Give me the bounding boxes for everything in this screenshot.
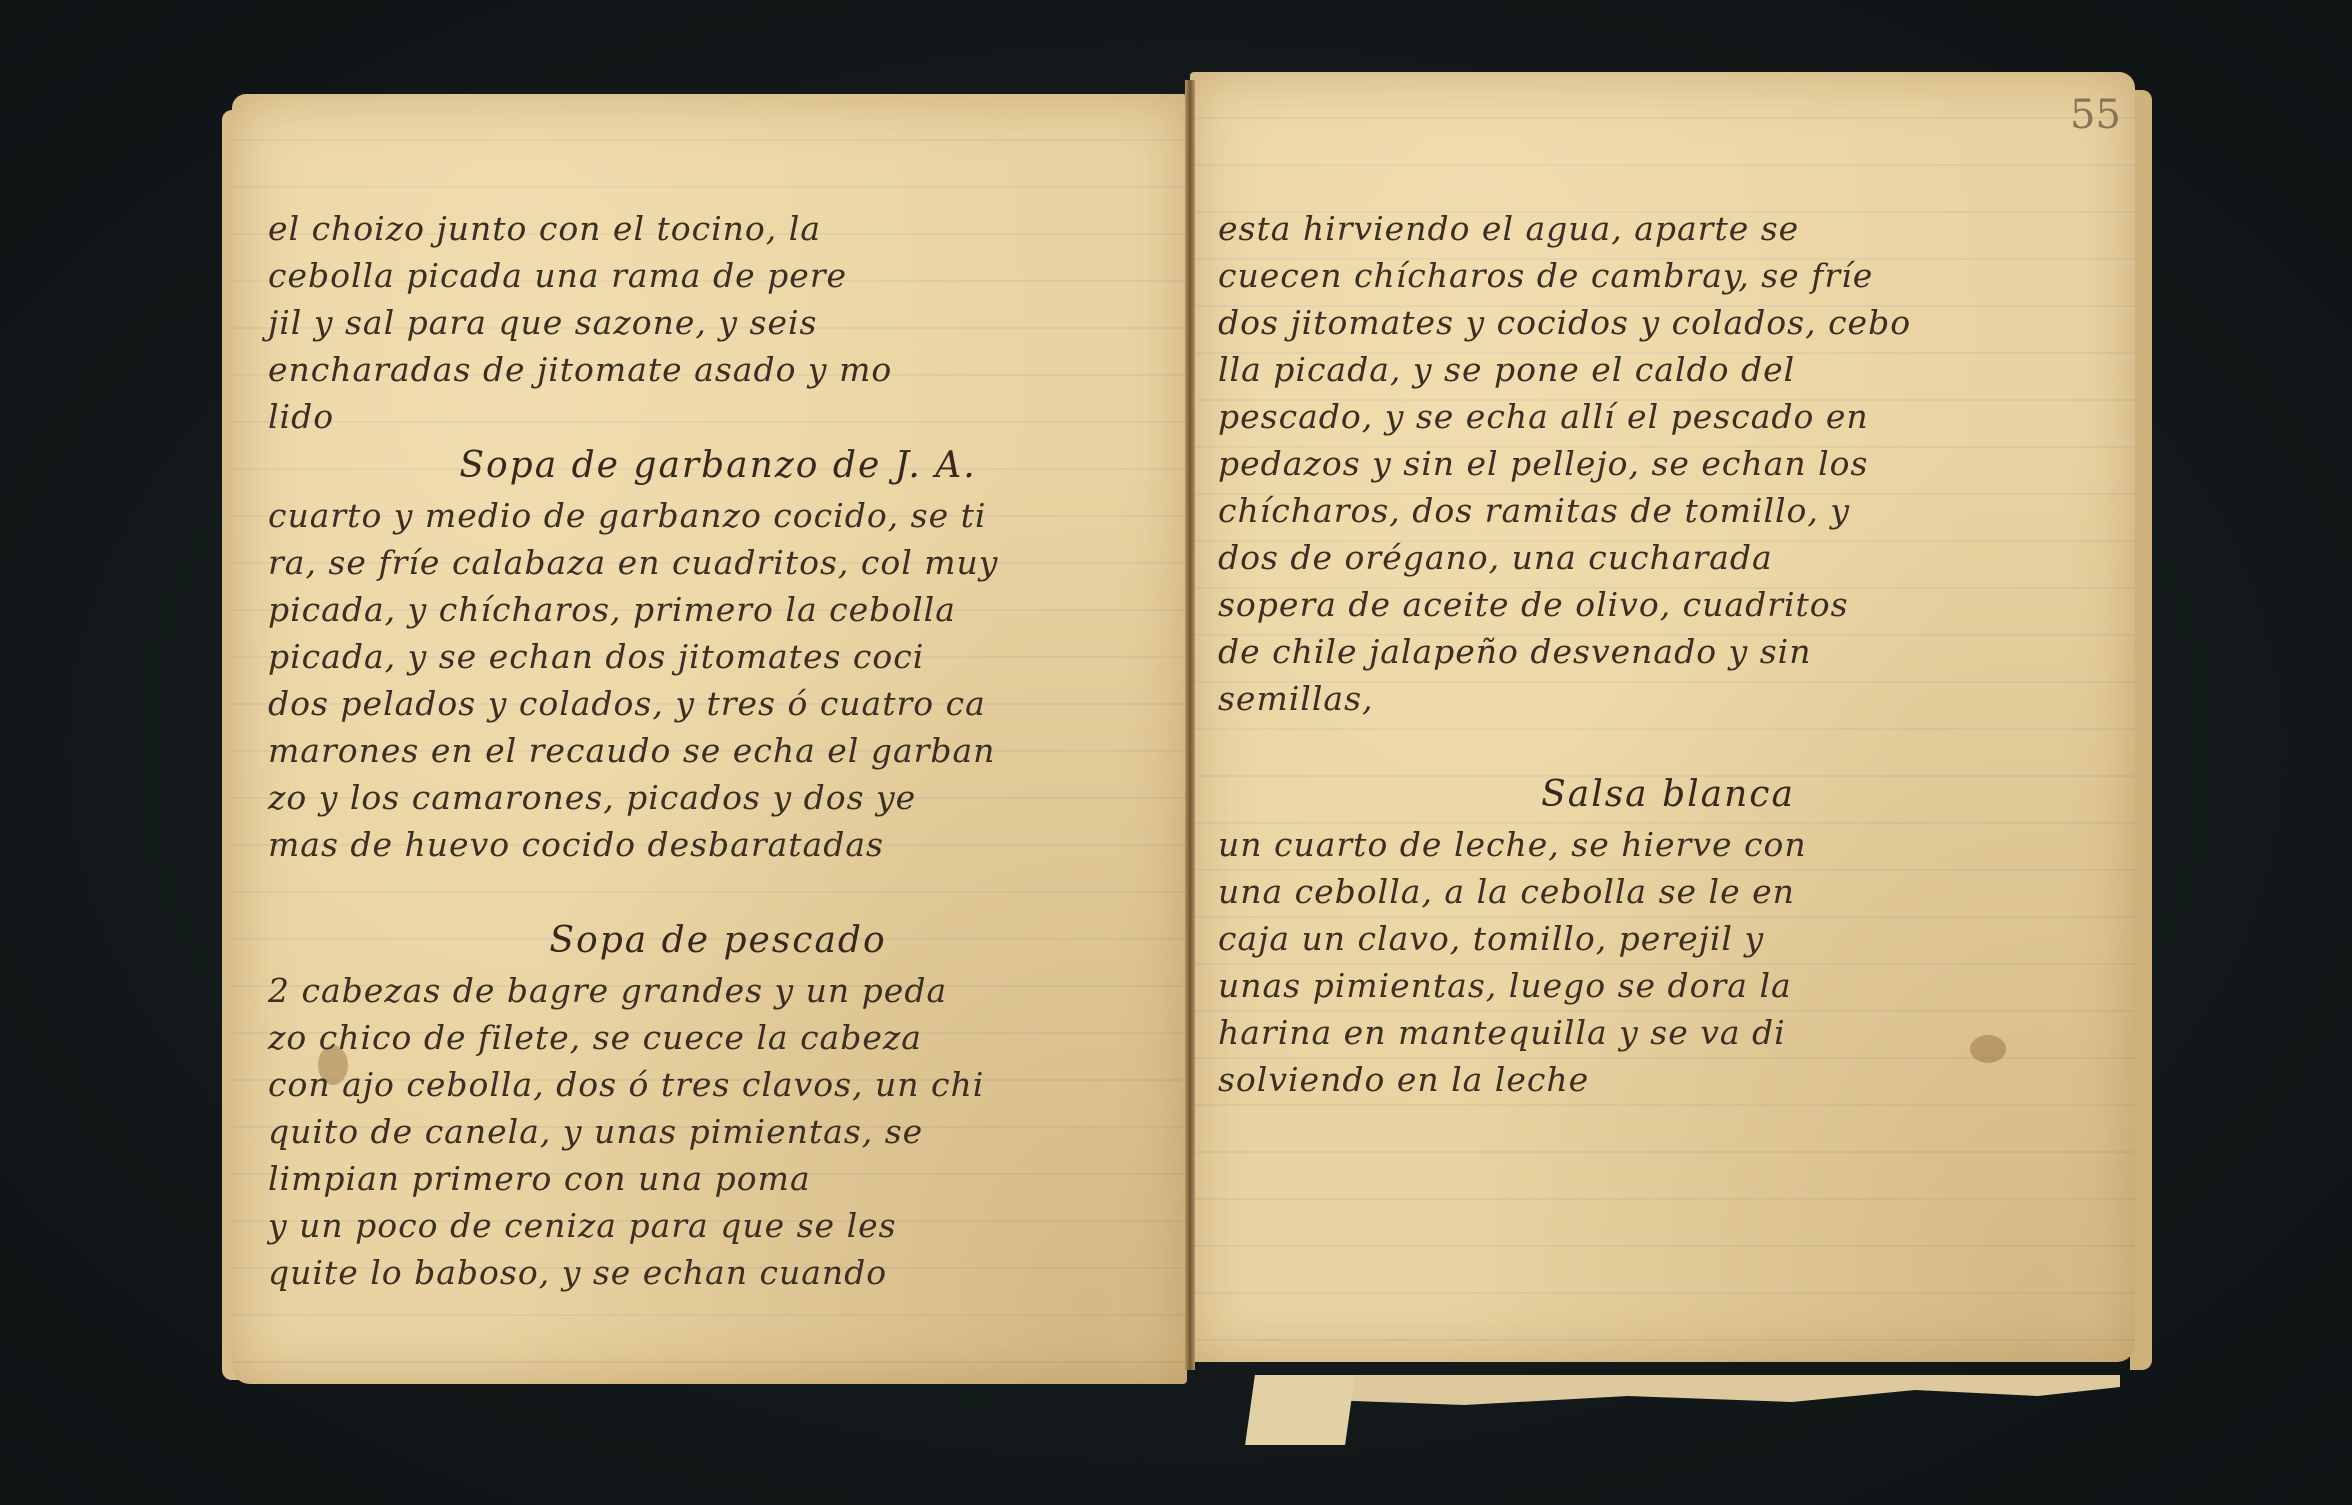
torn-page-bottom: [1300, 1375, 2120, 1405]
text-line: esta hirviendo el agua, aparte se: [1218, 205, 2118, 252]
text-line: unas pimientas, luego se dora la: [1218, 962, 2118, 1009]
text-line: el choizo junto con el tocino, la: [268, 205, 1168, 252]
open-notebook: 55 el choizo junto con el tocino, la ceb…: [0, 0, 2352, 1505]
text-line: picada, y se echan dos jitomates coci: [268, 633, 1168, 680]
text-line: limpian primero con una poma: [268, 1155, 1168, 1202]
recipe-title: Salsa blanca: [1218, 769, 2118, 821]
text-line: quito de canela, y unas pimientas, se: [268, 1108, 1168, 1155]
text-line: caja un clavo, tomillo, perejil y: [1218, 915, 2118, 962]
text-line: de chile jalapeño desvenado y sin: [1218, 628, 2118, 675]
text-line: cuarto y medio de garbanzo cocido, se ti: [268, 492, 1168, 539]
text-line: pescado, y se echa allí el pescado en: [1218, 393, 2118, 440]
text-line: lido: [268, 393, 1168, 440]
text-line: una cebolla, a la cebolla se le en: [1218, 868, 2118, 915]
text-line: ra, se fríe calabaza en cuadritos, col m…: [268, 539, 1168, 586]
text-line: cuecen chícharos de cambray, se fríe: [1218, 252, 2118, 299]
recipe-title: Sopa de pescado: [268, 915, 1168, 967]
text-line: marones en el recaudo se echa el garban: [268, 727, 1168, 774]
recipe-title: Sopa de garbanzo de J. A.: [268, 440, 1168, 492]
book-gutter: [1185, 80, 1195, 1370]
left-page-text: el choizo junto con el tocino, la ceboll…: [268, 205, 1168, 1296]
text-line: sopera de aceite de olivo, cuadritos: [1218, 581, 2118, 628]
text-line: chícharos, dos ramitas de tomillo, y: [1218, 487, 2118, 534]
spacer: [1218, 722, 2118, 769]
text-line: 2 cabezas de bagre grandes y un peda: [268, 967, 1168, 1014]
text-line: cebolla picada una rama de pere: [268, 252, 1168, 299]
text-line: mas de huevo cocido desbaratadas: [268, 821, 1168, 868]
text-line: lla picada, y se pone el caldo del: [1218, 346, 2118, 393]
loose-paper-flap: [1245, 1375, 1355, 1445]
text-line: y un poco de ceniza para que se les: [268, 1202, 1168, 1249]
text-line: picada, y chícharos, primero la cebolla: [268, 586, 1168, 633]
spacer: [268, 868, 1168, 915]
page-number: 55: [2070, 92, 2121, 138]
text-line: quite lo baboso, y se echan cuando: [268, 1249, 1168, 1296]
text-line: solviendo en la leche: [1218, 1056, 2118, 1103]
text-line: harina en mantequilla y se va di: [1218, 1009, 2118, 1056]
text-line: un cuarto de leche, se hierve con: [1218, 821, 2118, 868]
text-line: semillas,: [1218, 675, 2118, 722]
text-line: encharadas de jitomate asado y mo: [268, 346, 1168, 393]
text-line: dos de orégano, una cucharada: [1218, 534, 2118, 581]
text-line: dos pelados y colados, y tres ó cuatro c…: [268, 680, 1168, 727]
text-line: zo chico de filete, se cuece la cabeza: [268, 1014, 1168, 1061]
text-line: dos jitomates y cocidos y colados, cebo: [1218, 299, 2118, 346]
text-line: con ajo cebolla, dos ó tres clavos, un c…: [268, 1061, 1168, 1108]
text-line: zo y los camarones, picados y dos ye: [268, 774, 1168, 821]
right-page-text: esta hirviendo el agua, aparte se cuecen…: [1218, 205, 2118, 1103]
text-line: pedazos y sin el pellejo, se echan los: [1218, 440, 2118, 487]
text-line: jil y sal para que sazone, y seis: [268, 299, 1168, 346]
